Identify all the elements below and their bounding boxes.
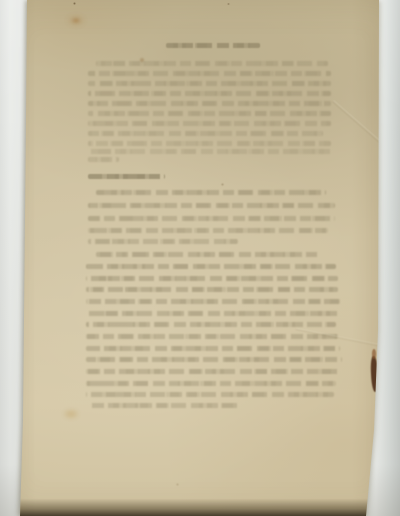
ghost-text-line bbox=[86, 334, 338, 339]
edge-stain-mark-top bbox=[372, 349, 376, 359]
ghost-text-line bbox=[88, 121, 331, 126]
stain-spot-core bbox=[71, 17, 81, 24]
ghost-text-line bbox=[88, 141, 331, 146]
ghost-text-line bbox=[88, 91, 331, 96]
ghost-text-line bbox=[86, 287, 338, 292]
ghost-text-line bbox=[86, 381, 336, 386]
ghost-text-line bbox=[88, 228, 328, 233]
ghost-text-line bbox=[88, 101, 331, 106]
speck bbox=[139, 57, 145, 63]
ghost-text-line bbox=[88, 174, 165, 179]
ghost-text-line bbox=[96, 190, 326, 195]
ghost-text-line bbox=[88, 239, 238, 244]
page-wrap bbox=[0, 0, 400, 516]
ghost-text-line bbox=[88, 81, 331, 86]
ghost-text-line bbox=[86, 264, 336, 269]
ghost-text-line bbox=[96, 252, 321, 257]
ghost-text-line bbox=[88, 111, 331, 116]
speck bbox=[73, 2, 76, 5]
speck bbox=[176, 483, 179, 486]
ghost-text-line bbox=[86, 322, 336, 327]
stain-smudge bbox=[62, 408, 80, 420]
ghost-text-line bbox=[88, 149, 331, 154]
ghost-text-line bbox=[88, 131, 323, 136]
ghost-text-line bbox=[88, 216, 335, 221]
ghost-text-line bbox=[86, 357, 342, 362]
photo-of-aged-document bbox=[0, 0, 400, 516]
speck bbox=[221, 183, 224, 186]
ghost-text-line bbox=[86, 392, 334, 397]
ghost-text-line bbox=[88, 203, 335, 208]
ghost-text-line bbox=[88, 157, 119, 162]
ghost-text-line bbox=[86, 276, 338, 281]
ghost-text-line bbox=[86, 369, 340, 374]
ghost-text-line bbox=[86, 311, 338, 316]
ghost-text-line bbox=[166, 43, 260, 48]
faded-text-layer bbox=[0, 0, 400, 516]
ghost-text-line bbox=[96, 61, 328, 66]
speck bbox=[227, 3, 230, 5]
ghost-text-line bbox=[90, 403, 240, 408]
ghost-text-line bbox=[86, 299, 340, 304]
ghost-text-line bbox=[86, 346, 340, 351]
aged-paper-page bbox=[0, 0, 400, 516]
ghost-text-line bbox=[88, 71, 331, 76]
